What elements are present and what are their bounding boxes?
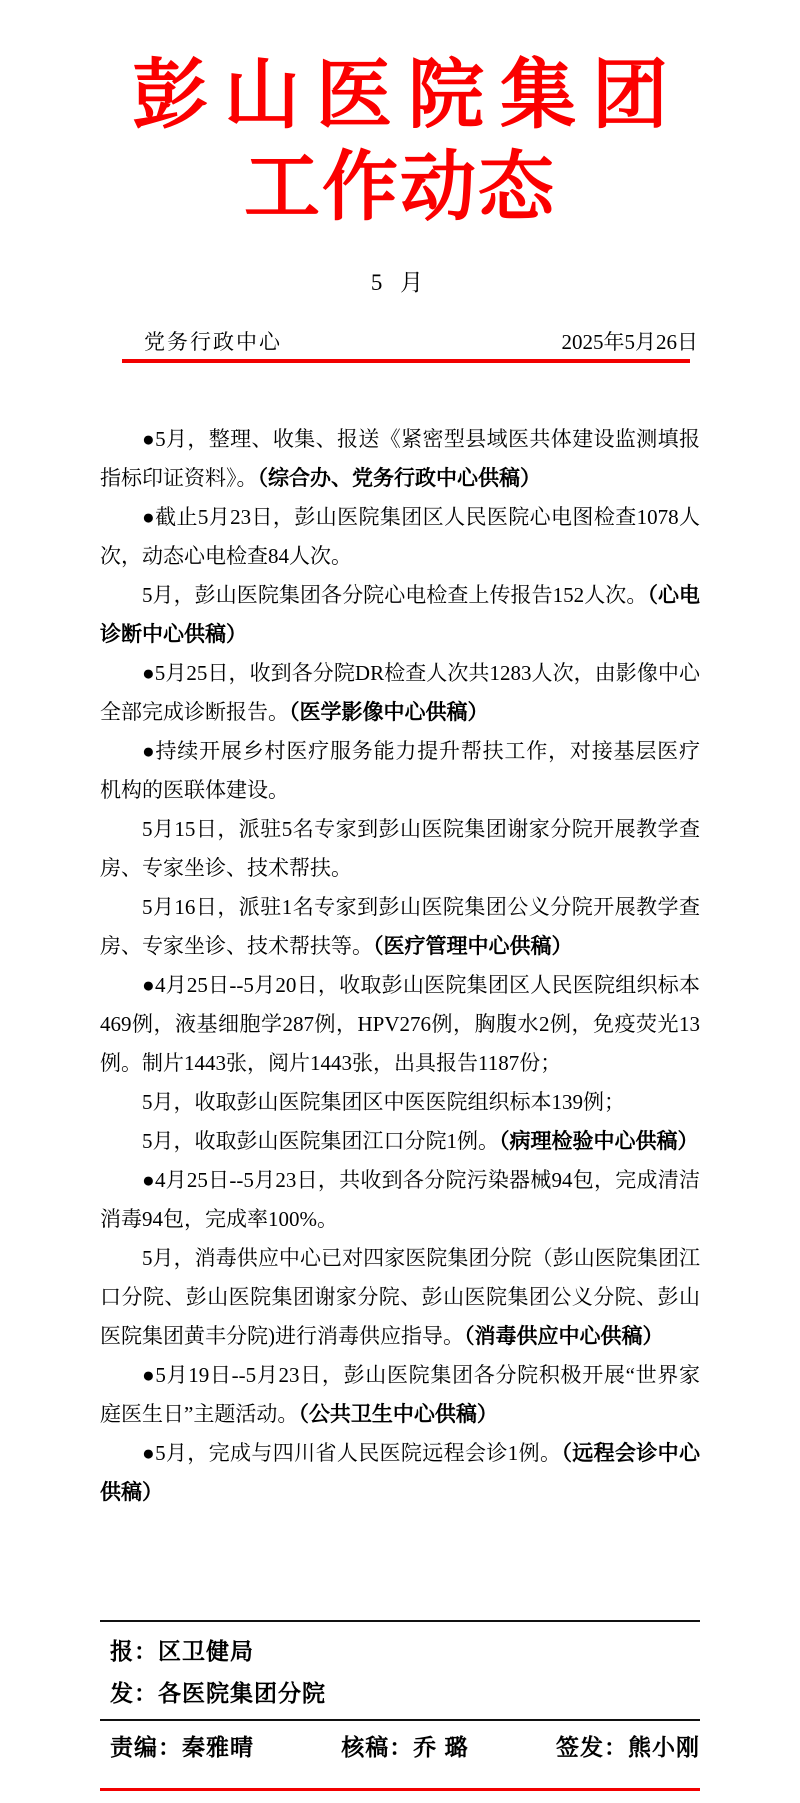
- body-paragraph: 5月15日，派驻5名专家到彭山医院集团谢家分院开展教学查房、专家坐诊、技术帮扶。: [100, 810, 700, 888]
- document-title: 彭山医院集团 工作动态: [0, 50, 800, 234]
- meta-row: 党务行政中心 2025年5月26日: [100, 326, 700, 356]
- paragraph-text: 5月，彭山医院集团各分院心电检查上传报告152人次。: [142, 583, 647, 607]
- body-paragraph: ●4月25日--5月20日，收取彭山医院集团区人民医院组织标本469例，液基细胞…: [100, 966, 700, 1083]
- bullet-marker: ●: [142, 661, 155, 685]
- body-paragraph: 5月，收取彭山医院集团区中医医院组织标本139例；: [100, 1083, 700, 1122]
- bulletin-page: 彭山医院集团 工作动态 5 月 党务行政中心 2025年5月26日 ●5月，整理…: [0, 0, 800, 1803]
- body-paragraph: ●5月，完成与四川省人民医院远程会诊1例。（远程会诊中心供稿）: [100, 1434, 700, 1512]
- bulletin-footer: 报：区卫健局 发：各医院集团分院 责编：秦雅晴 核稿：乔 璐 签发：熊小刚: [100, 1620, 700, 1762]
- bullet-marker: ●: [142, 1441, 155, 1465]
- paragraph-text: 5月15日，派驻5名专家到彭山医院集团谢家分院开展教学查房、专家坐诊、技术帮扶。: [100, 817, 700, 880]
- bullet-marker: ●: [142, 973, 155, 997]
- bulletin-body: ●5月，整理、收集、报送《紧密型县域医共体建设监测填报指标印证资料》。（综合办、…: [100, 420, 700, 1512]
- body-paragraph: ●截止5月23日，彭山医院集团区人民医院心电图检查1078人次，动态心电检查84…: [100, 498, 700, 576]
- paragraph-text: 5月，完成与四川省人民医院远程会诊1例。: [155, 1441, 561, 1465]
- issuing-signer: 签发：熊小刚: [556, 1729, 700, 1762]
- body-paragraph: 5月，彭山医院集团各分院心电检查上传报告152人次。（心电诊断中心供稿）: [100, 576, 700, 654]
- credit-text: （公共卫生中心供稿）: [298, 1402, 498, 1426]
- manuscript-reviewer: 核稿：乔 璐: [341, 1729, 468, 1762]
- editors-row: 责编：秦雅晴 核稿：乔 璐 签发：熊小刚: [100, 1729, 700, 1762]
- body-paragraph: ●持续开展乡村医疗服务能力提升帮扶工作，对接基层医疗机构的医联体建设。: [100, 732, 700, 810]
- issuing-department: 党务行政中心: [100, 326, 282, 356]
- body-paragraph: ●5月19日--5月23日，彭山医院集团各分院积极开展“世界家庭医生日”主题活动…: [100, 1356, 700, 1434]
- body-paragraph: 5月，消毒供应中心已对四家医院集团分院（彭山医院集团江口分院、彭山医院集团谢家分…: [100, 1239, 700, 1356]
- paragraph-text: 4月25日--5月20日，收取彭山医院集团区人民医院组织标本469例，液基细胞学…: [100, 973, 700, 1075]
- body-paragraph: ●4月25日--5月23日，共收到各分院污染器械94包，完成清洁消毒94包，完成…: [100, 1161, 700, 1239]
- paragraph-text: 持续开展乡村医疗服务能力提升帮扶工作，对接基层医疗机构的医联体建设。: [100, 739, 700, 802]
- body-paragraph: 5月，收取彭山医院集团江口分院1例。（病理检验中心供稿）: [100, 1122, 700, 1161]
- body-paragraph: ●5月，整理、收集、报送《紧密型县域医共体建设监测填报指标印证资料》。（综合办、…: [100, 420, 700, 498]
- distribute-to-line: 发：各医院集团分院: [100, 1675, 700, 1708]
- issue-month: 5 月: [0, 264, 800, 297]
- title-line-1: 彭山医院集团: [0, 50, 800, 142]
- footer-middle-rule: [100, 1719, 700, 1721]
- issue-date: 2025年5月26日: [562, 326, 701, 356]
- chief-editor: 责编：秦雅晴: [110, 1729, 254, 1762]
- credit-text: （医学影像中心供稿）: [289, 700, 489, 724]
- credit-text: （病理检验中心供稿）: [499, 1129, 699, 1153]
- credit-text: （消毒供应中心供稿）: [464, 1324, 664, 1348]
- bullet-marker: ●: [142, 1363, 155, 1387]
- report-to-line: 报：区卫健局: [100, 1633, 700, 1666]
- body-paragraph: ●5月25日，收到各分院DR检查人次共1283人次，由影像中心全部完成诊断报告。…: [100, 654, 700, 732]
- footer-top-rule: [100, 1620, 700, 1622]
- paragraph-text: 5月，收取彭山医院集团江口分院1例。: [142, 1129, 499, 1153]
- body-paragraph: 5月16日，派驻1名专家到彭山医院集团公义分院开展教学查房、专家坐诊、技术帮扶等…: [100, 888, 700, 966]
- paragraph-text: 5月，收取彭山医院集团区中医医院组织标本139例；: [142, 1090, 625, 1114]
- paragraph-text: 4月25日--5月23日，共收到各分院污染器械94包，完成清洁消毒94包，完成率…: [100, 1168, 700, 1231]
- bullet-marker: ●: [142, 739, 156, 763]
- footer-red-rule: [100, 1788, 700, 1791]
- bullet-marker: ●: [142, 427, 155, 451]
- credit-text: （综合办、党务行政中心供稿）: [258, 466, 542, 490]
- bullet-marker: ●: [142, 1168, 155, 1192]
- credit-text: （医疗管理中心供稿）: [373, 934, 573, 958]
- title-line-2: 工作动态: [0, 142, 800, 234]
- paragraph-text: 截止5月23日，彭山医院集团区人民医院心电图检查1078人次，动态心电检查84人…: [100, 505, 700, 568]
- header-red-rule: [122, 359, 690, 363]
- bullet-marker: ●: [142, 505, 155, 529]
